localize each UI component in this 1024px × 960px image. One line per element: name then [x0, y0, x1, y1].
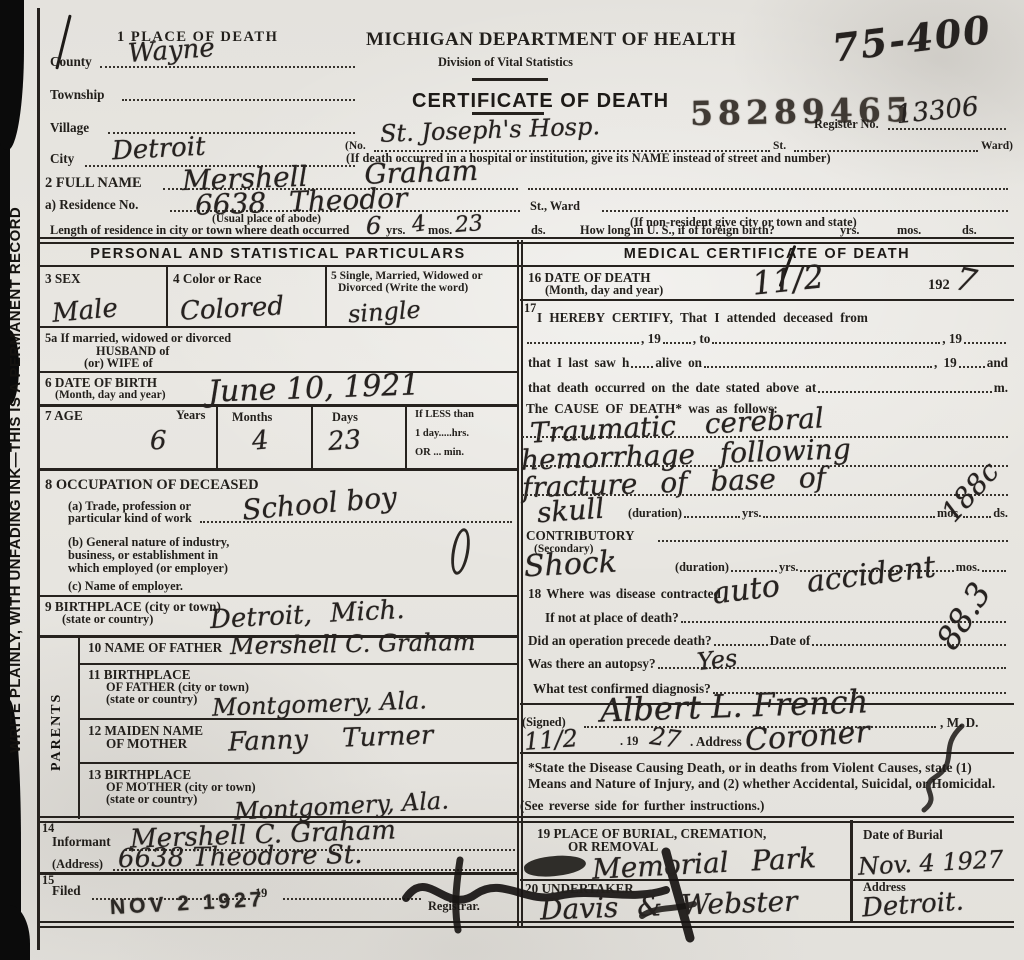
rule: [38, 265, 1014, 267]
marital-value: single: [347, 297, 421, 326]
yrs-label: yrs.: [386, 224, 405, 237]
certify-line1: I HEREBY CERTIFY, That I attended deceas…: [537, 311, 868, 325]
age-months-value: 4: [251, 427, 270, 454]
dod-year-print: 192: [928, 278, 950, 294]
mos-label: mos.: [428, 224, 452, 237]
dob-sub-label: (Month, day and year): [55, 389, 166, 401]
st-ward-label: St., Ward: [530, 200, 580, 213]
burial-date-label: Date of Burial: [863, 828, 943, 842]
certify-line3: that I last saw h alive on , 19 and: [528, 355, 1008, 371]
county-value: Wayne: [127, 35, 215, 67]
marital-label: 5 Single, Married, Widowed or: [331, 270, 483, 282]
death-certificate-scan: WRITE PLAINLY, WITH UNFADING INK—THIS IS…: [0, 0, 1024, 960]
signed-date-value: 11/2: [523, 726, 578, 754]
mother-name-value: Fanny Turner: [228, 722, 434, 755]
parents-strip-label: PARENTS: [49, 662, 73, 802]
father-bp-value: Montgomery, Ala.: [212, 688, 428, 719]
reverse-side-note: (See reverse side for further instructio…: [520, 799, 764, 813]
signature-flourish-scrawl: [890, 722, 990, 814]
item18-label: 18 Where was disease contracted: [528, 587, 721, 601]
township-label: Township: [50, 88, 105, 102]
dod-value: 11/2: [751, 260, 826, 299]
contributory-value: Shock: [523, 548, 617, 583]
us-length-label: How long in U. S., if of foreign birth?: [580, 224, 775, 237]
race-label: 4 Color or Race: [173, 272, 262, 286]
occupation-b-label3: which employed (or employer): [68, 562, 228, 575]
rule: [311, 404, 313, 468]
length-mos-value: 4: [411, 213, 428, 237]
margin-note: WRITE PLAINLY, WITH UNFADING INK—THIS IS…: [7, 28, 35, 932]
father-bp-label3: (state or country): [106, 693, 197, 706]
item17-num: 17: [524, 302, 536, 315]
undertaker-address-value: Detroit.: [861, 888, 964, 921]
certificate-number-stamp: 58289465: [690, 90, 914, 133]
leader: [122, 99, 355, 101]
age-years-value: 6: [150, 428, 167, 454]
undertaker-value: Davis & Webster: [540, 888, 798, 925]
wife-of-label: (or) WIFE of: [84, 357, 153, 370]
if-less-label3: OR ... min.: [415, 447, 464, 458]
signed-address-value: Coroner: [744, 718, 871, 757]
years-label: Years: [176, 409, 205, 422]
rule: [38, 326, 518, 328]
filed-label: Filed: [52, 884, 81, 898]
length-ds-value: 23: [454, 213, 483, 237]
father-name-value: Mershell C. Graham: [230, 630, 476, 658]
department-title: MICHIGAN DEPARTMENT OF HEALTH: [366, 30, 736, 51]
rule: [472, 78, 548, 81]
employer-none-mark: [448, 527, 473, 576]
occupation-a-label2: particular kind of work: [68, 512, 192, 525]
rule: [325, 266, 327, 326]
signed-19-label: . 19: [620, 735, 638, 748]
full-name-label: 2 FULL NAME: [45, 176, 142, 192]
length-label: Length of residence in city or town wher…: [50, 224, 349, 237]
rule: [38, 468, 518, 471]
occupation-value: School boy: [241, 483, 398, 524]
age-label: 7 AGE: [45, 409, 83, 423]
ds-label: ds.: [531, 224, 546, 237]
institution-value: St. Joseph's Hosp.: [380, 114, 601, 146]
sex-label: 3 SEX: [45, 272, 81, 286]
rule: [78, 762, 518, 764]
informant-label: Informant: [52, 835, 111, 849]
occupation-c-label: (c) Name of employer.: [68, 580, 183, 593]
cause-line4: skull: [536, 495, 605, 528]
mother-name-label2: OF MOTHER: [106, 737, 187, 751]
contributory-label: CONTRIBUTORY: [526, 529, 634, 543]
rule: [166, 266, 168, 326]
informant-address-label: (Address): [52, 858, 103, 871]
file-code-annotation: 75-400: [830, 10, 993, 67]
certify-line2: , 19 , to , 19: [525, 331, 1008, 347]
form-left-border: [37, 8, 40, 950]
medical-banner: MEDICAL CERTIFICATE OF DEATH: [520, 246, 1014, 262]
rule: [405, 404, 407, 468]
mother-bp-label3: (state or country): [106, 793, 197, 806]
rule: [216, 404, 218, 468]
burial-subdivider: [850, 820, 853, 921]
dod-year-value: 7: [953, 262, 980, 298]
length-yrs-value: 6: [366, 214, 381, 238]
residence-label: a) Residence No.: [45, 198, 138, 212]
register-no-label: Register No.: [814, 118, 879, 131]
autopsy-value: Yes: [696, 646, 739, 674]
parents-strip-rule: [78, 637, 80, 819]
birthplace-sub-label: (state or country): [62, 613, 153, 626]
us-ds-label: ds.: [962, 224, 977, 237]
certify-line4: that death occurred on the date stated a…: [528, 380, 1008, 396]
leader: [658, 540, 1008, 542]
leader: [602, 210, 1008, 212]
us-mos-label: mos.: [897, 224, 921, 237]
autopsy-row: Was there an autopsy?: [528, 656, 1008, 672]
occupation-label: 8 OCCUPATION OF DECEASED: [45, 478, 259, 494]
informant-address-value: 6638 Theodore St.: [118, 842, 363, 872]
village-label: Village: [50, 121, 89, 135]
days-label: Days: [332, 411, 358, 424]
city-value: Detroit: [111, 134, 206, 165]
burial-date-value: Nov. 4 1927: [857, 847, 1003, 879]
certificate-title: CERTIFICATE OF DEATH: [412, 90, 669, 113]
ward-label: Ward): [981, 140, 1013, 152]
marital-label2: Divorced (Write the word): [338, 282, 468, 294]
filed-date-stamp: NOV 2 1927: [109, 888, 266, 920]
dob-value: June 10, 1921: [208, 370, 420, 407]
us-yrs-label: yrs.: [840, 224, 859, 237]
register-no-value: 13306: [895, 94, 980, 129]
sex-value: Male: [51, 295, 119, 327]
if-less-label1: If LESS than: [415, 409, 474, 420]
section-divider-rule: [38, 237, 1014, 244]
division-subtitle: Division of Vital Statistics: [438, 56, 573, 69]
birthplace-value: Detroit, Mich.: [209, 597, 405, 633]
center-divider: [517, 240, 523, 926]
father-name-label: 10 NAME OF FATHER: [88, 641, 222, 655]
county-label: County: [50, 55, 92, 69]
if-less-label2: 1 day.....hrs.: [415, 428, 469, 439]
rule: [38, 595, 518, 597]
signed-year-value: 27: [648, 724, 682, 752]
race-value: Colored: [179, 293, 284, 324]
dod-sub-label: (Month, day and year): [545, 284, 663, 297]
city-label: City: [50, 152, 74, 166]
months-label: Months: [232, 411, 272, 424]
personal-banner: PERSONAL AND STATISTICAL PARTICULARS: [38, 246, 518, 262]
leader: [528, 188, 1008, 190]
signed-address-label: . Address: [690, 735, 742, 749]
age-days-value: 23: [327, 427, 362, 455]
rule: [78, 663, 518, 665]
burial-place-value: Memorial Park: [591, 844, 816, 884]
